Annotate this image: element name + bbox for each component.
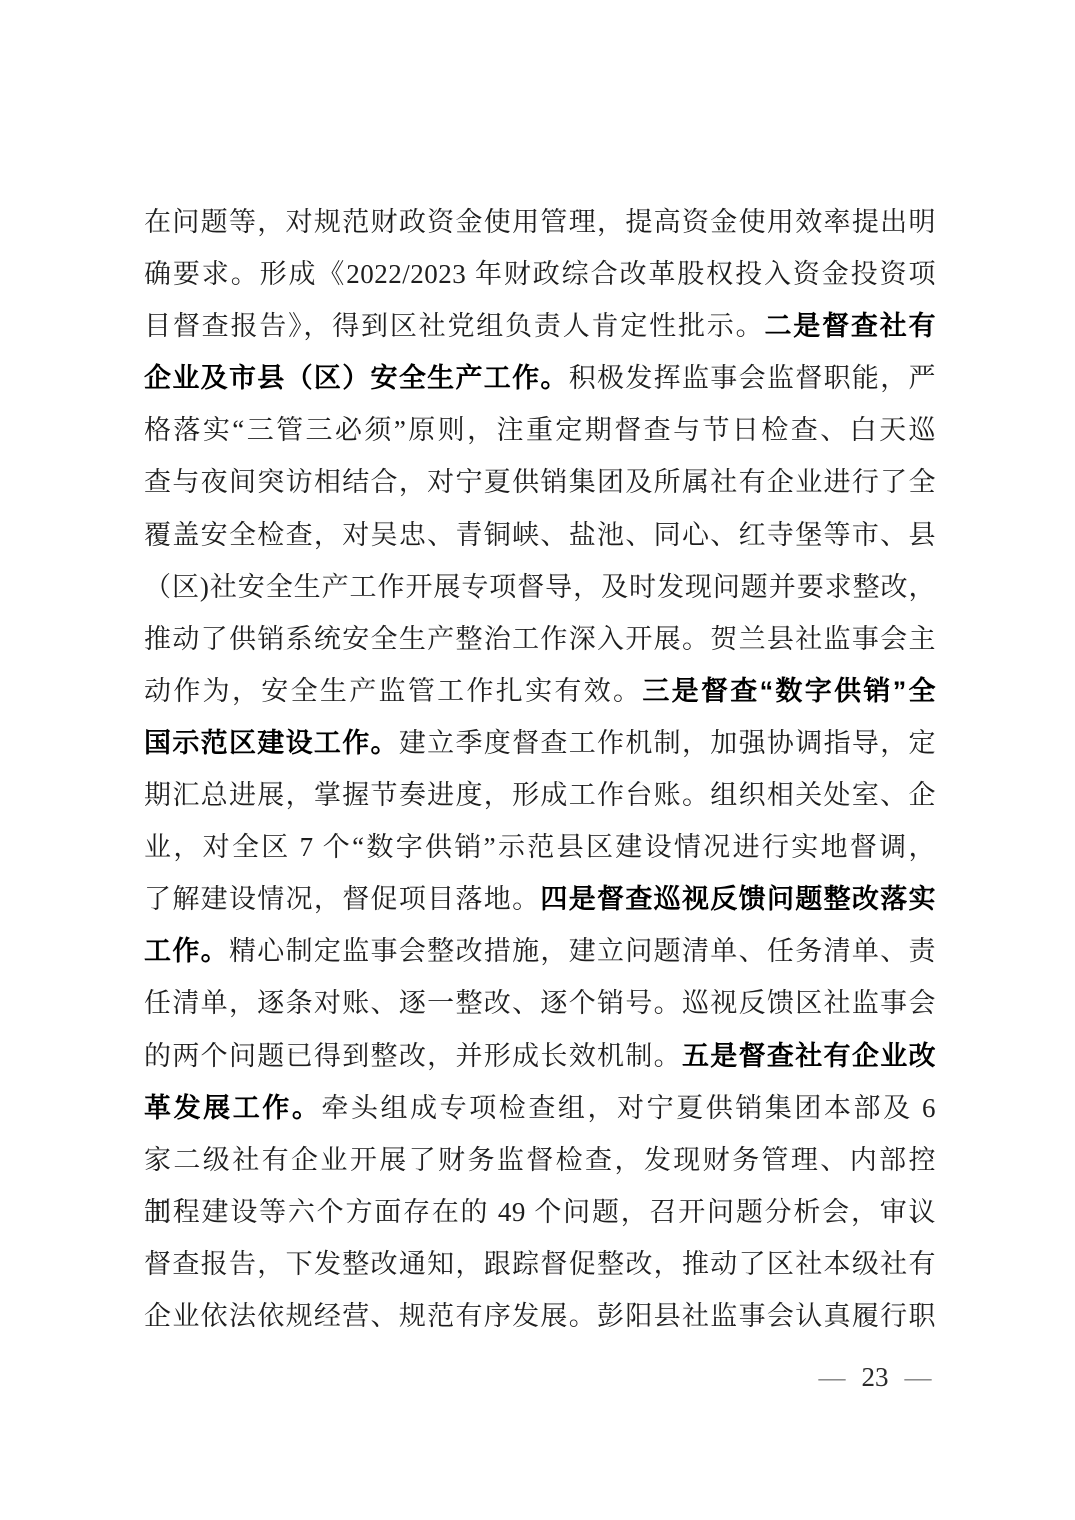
text-line: 革发展工作。牵头组成专项检查组，对宁夏供销集团本部及 6	[144, 1082, 936, 1134]
text-segment: 的两个问题已得到整改，并形成长效机制。	[144, 1041, 682, 1071]
text-line: 业，对全区 7 个“数字供销”示范县区建设情况进行实地督调，	[144, 821, 936, 873]
text-line: 任清单，逐条对账、逐一整改、逐个销号。巡视反馈区社监事会	[144, 977, 936, 1029]
text-segment: 工程建设等六个方面存在的 49 个问题，召开问题分析会，审议	[144, 1197, 936, 1227]
text-segment: 推动了供销系统安全生产整治工作深入开展。贺兰县社监事会主	[144, 624, 936, 654]
page-number: — 23 —	[795, 1355, 955, 1399]
text-line: 格落实“三管三必须”原则，注重定期督查与节日检查、白天巡	[144, 404, 936, 456]
text-segment: 期汇总进展，掌握节奏进度，形成工作台账。组织相关处室、企	[144, 780, 936, 810]
text-segment: 动作为，安全生产监管工作扎实有效。	[144, 676, 642, 706]
text-segment: 了解建设情况，督促项目落地。	[144, 884, 540, 914]
text-line: 在问题等，对规范财政资金使用管理，提高资金使用效率提出明	[144, 196, 936, 248]
text-line: 督查报告，下发整改通知，跟踪督促整改，推动了区社本级社有	[144, 1238, 936, 1290]
bold-text-segment: 工作。	[144, 936, 229, 966]
text-segment: 积极发挥监事会监督职能，严	[569, 363, 936, 393]
text-line: 动作为，安全生产监管工作扎实有效。三是督查“数字供销”全	[144, 665, 936, 717]
text-segment: 覆盖安全检查，对吴忠、青铜峡、盐池、同心、红寺堡等市、县	[144, 520, 936, 550]
text-line: 推动了供销系统安全生产整治工作深入开展。贺兰县社监事会主	[144, 613, 936, 665]
text-line: 国示范区建设工作。建立季度督查工作机制，加强协调指导，定	[144, 717, 936, 769]
text-segment: （区)社安全生产工作开展专项督导，及时发现问题并要求整改，	[144, 572, 936, 602]
bold-text-segment: 三是督查“数字供销”全	[642, 676, 936, 706]
text-line: 目督查报告》，得到区社党组负责人肯定性批示。二是督查社有	[144, 300, 936, 352]
text-line: 企业及市县（区）安全生产工作。积极发挥监事会监督职能，严	[144, 352, 936, 404]
text-line: 家二级社有企业开展了财务监督检查，发现财务管理、内部控制、	[144, 1134, 936, 1186]
bold-text-segment: 四是督查巡视反馈问题整改落实	[540, 884, 936, 914]
text-line: 工程建设等六个方面存在的 49 个问题，召开问题分析会，审议	[144, 1186, 936, 1238]
text-segment: 确要求。形成《2022/2023 年财政综合改革股权投入资金投资项	[144, 259, 936, 289]
text-segment: 企业依法依规经营、规范有序发展。彭阳县社监事会认真履行职	[144, 1301, 936, 1331]
text-segment: 牵头组成专项检查组，对宁夏供销集团本部及 6	[321, 1093, 936, 1123]
text-segment: 格落实“三管三必须”原则，注重定期督查与节日检查、白天巡	[144, 415, 936, 445]
text-line: 的两个问题已得到整改，并形成长效机制。五是督查社有企业改	[144, 1030, 936, 1082]
text-line: 期汇总进展，掌握节奏进度，形成工作台账。组织相关处室、企	[144, 769, 936, 821]
text-segment: 精心制定监事会整改措施，建立问题清单、任务清单、责	[229, 936, 936, 966]
bold-text-segment: 五是督查社有企业改	[682, 1041, 936, 1071]
text-segment: 业，对全区 7 个“数字供销”示范县区建设情况进行实地督调，	[144, 832, 936, 862]
page-number-right-dash: —	[905, 1362, 932, 1393]
text-line: 了解建设情况，督促项目落地。四是督查巡视反馈问题整改落实	[144, 873, 936, 925]
bold-text-segment: 革发展工作。	[144, 1093, 321, 1123]
text-line: 工作。精心制定监事会整改措施，建立问题清单、任务清单、责	[144, 925, 936, 977]
text-line: 覆盖安全检查，对吴忠、青铜峡、盐池、同心、红寺堡等市、县	[144, 509, 936, 561]
text-segment: 查与夜间突访相结合，对宁夏供销集团及所属社有企业进行了全	[144, 467, 936, 497]
bold-text-segment: 二是督查社有	[764, 311, 936, 341]
page-number-left-dash: —	[819, 1362, 846, 1393]
text-segment: 任清单，逐条对账、逐一整改、逐个销号。巡视反馈区社监事会	[144, 988, 936, 1018]
bold-text-segment: 国示范区建设工作。	[144, 728, 399, 758]
text-segment: 目督查报告》，得到区社党组负责人肯定性批示。	[144, 311, 764, 341]
text-line: 企业依法依规经营、规范有序发展。彭阳县社监事会认真履行职	[144, 1290, 936, 1342]
text-line: （区)社安全生产工作开展专项督导，及时发现问题并要求整改，	[144, 561, 936, 613]
body-text: 在问题等，对规范财政资金使用管理，提高资金使用效率提出明确要求。形成《2022/…	[144, 196, 936, 1342]
text-segment: 在问题等，对规范财政资金使用管理，提高资金使用效率提出明	[144, 207, 936, 237]
text-line: 确要求。形成《2022/2023 年财政综合改革股权投入资金投资项	[144, 248, 936, 300]
page-number-value: 23	[862, 1362, 889, 1393]
document-page: 在问题等，对规范财政资金使用管理，提高资金使用效率提出明确要求。形成《2022/…	[0, 0, 1075, 1520]
text-segment: 建立季度督查工作机制，加强协调指导，定	[399, 728, 936, 758]
text-line: 查与夜间突访相结合，对宁夏供销集团及所属社有企业进行了全	[144, 456, 936, 508]
text-segment: 督查报告，下发整改通知，跟踪督促整改，推动了区社本级社有	[144, 1249, 936, 1279]
bold-text-segment: 企业及市县（区）安全生产工作。	[144, 363, 569, 393]
